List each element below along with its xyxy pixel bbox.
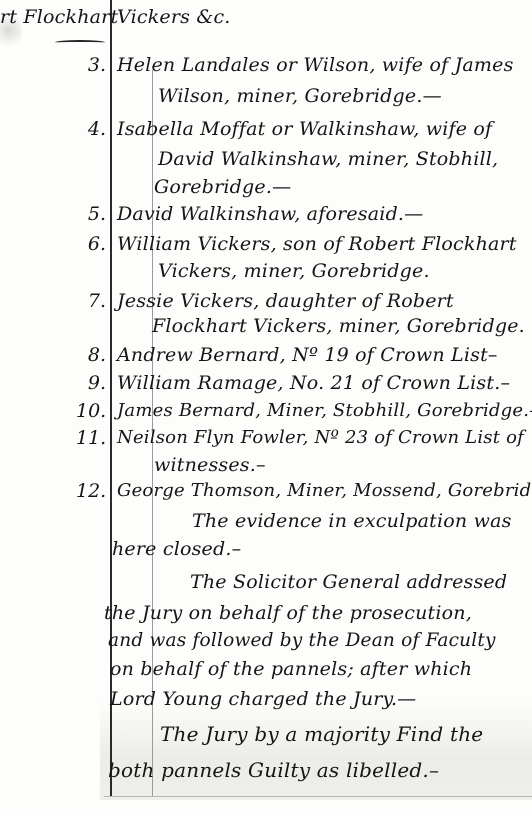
witness-entry-line: David Walkinshaw, aforesaid.—	[117, 205, 423, 224]
manuscript-page: rt Flockhart Vickers &c. 3. Helen Landal…	[0, 0, 532, 815]
witness-entry-line: Helen Landales or Wilson, wife of James	[117, 56, 514, 75]
witness-number: 7.	[76, 292, 106, 311]
witness-number: 3.	[76, 56, 106, 75]
witness-number: 12.	[76, 482, 106, 501]
paragraph-line: here closed.–	[112, 540, 241, 559]
witness-entry-line: Jessie Vickers, daughter of Robert	[117, 292, 454, 311]
witness-number: 10.	[76, 402, 106, 421]
witness-number: 11.	[76, 429, 106, 448]
verdict-line: both pannels Guilty as libelled.–	[108, 760, 439, 780]
witness-entry-line: Flockhart Vickers, miner, Gorebridge.	[152, 317, 525, 336]
paragraph-line: the Jury on behalf of the prosecution,	[104, 604, 472, 623]
paragraph-line: on behalf of the pannels; after which	[110, 660, 472, 679]
header-continuation: Vickers &c.	[117, 8, 231, 27]
witness-number: 4.	[76, 120, 106, 139]
paragraph-line: The evidence in exculpation was	[192, 512, 512, 531]
witness-entry-line: Neilson Flyn Fowler, Nº 23 of Crown List…	[117, 429, 524, 447]
witness-entry-line: David Walkinshaw, miner, Stobhill,	[158, 150, 498, 169]
paragraph-line: Lord Young charged the Jury.—	[110, 690, 416, 709]
witness-entry-line: Andrew Bernard, Nº 19 of Crown List–	[117, 346, 498, 365]
witness-number: 5.	[76, 205, 106, 224]
paper-shading	[100, 700, 532, 800]
paragraph-line: The Solicitor General addressed	[190, 573, 507, 592]
witness-entry-line: James Bernard, Miner, Stobhill, Gorebrid…	[117, 402, 532, 420]
witness-entry-line: William Ramage, No. 21 of Crown List.–	[117, 374, 510, 393]
witness-entry-line: Vickers, miner, Gorebridge.	[158, 262, 430, 281]
page-bottom-edge	[104, 796, 532, 797]
witness-entry-line: William Vickers, son of Robert Flockhart	[117, 235, 517, 254]
witness-entry-line: Wilson, miner, Gorebridge.—	[158, 87, 442, 106]
witness-entry-line: George Thomson, Miner, Mossend, Gorebrid…	[117, 482, 532, 500]
header-margin-fragment: rt Flockhart	[0, 8, 118, 27]
witness-number: 6.	[76, 235, 106, 254]
witness-entry-line: Isabella Moffat or Walkinshaw, wife of	[117, 120, 492, 139]
verdict-line: The Jury by a majority Find the	[160, 724, 483, 744]
witness-number: 9.	[76, 374, 106, 393]
witness-entry-line: witnesses.–	[154, 456, 266, 475]
header-underline	[55, 40, 105, 45]
witness-number: 8.	[76, 346, 106, 365]
witness-entry-line: Gorebridge.—	[154, 178, 291, 197]
paragraph-line: and was followed by the Dean of Faculty	[108, 632, 496, 651]
